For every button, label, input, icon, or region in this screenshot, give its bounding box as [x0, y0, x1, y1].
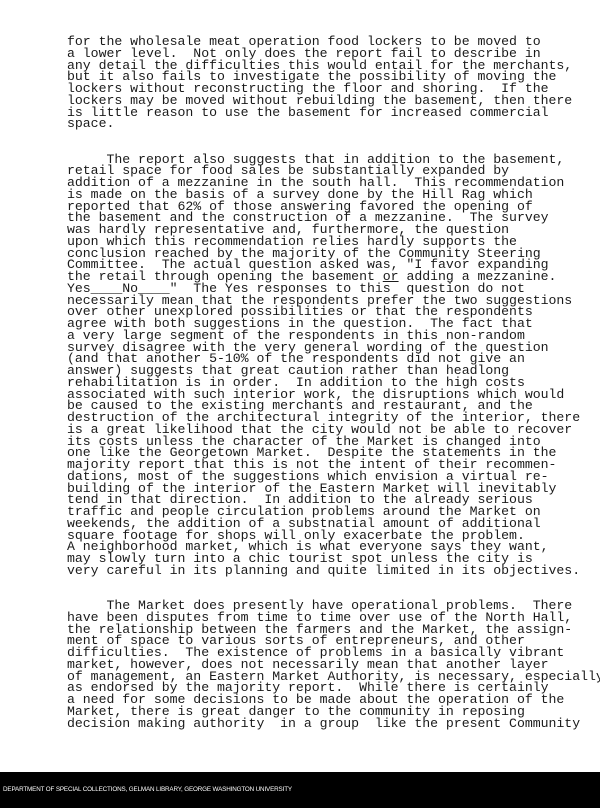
- typewritten-body: for the wholesale meat operation food lo…: [67, 36, 597, 753]
- text-line: decision making authority in a group lik…: [67, 718, 597, 730]
- archive-credit: DEPARTMENT OF SPECIAL COLLECTIONS, GELMA…: [3, 786, 292, 793]
- paragraph: The Market does presently have operation…: [67, 600, 597, 729]
- text-line: is little reason to use the basement for…: [67, 107, 597, 119]
- paragraph: The report also suggests that in additio…: [67, 154, 597, 577]
- document-page: for the wholesale meat operation food lo…: [0, 0, 600, 772]
- paragraph: for the wholesale meat operation food lo…: [67, 36, 597, 130]
- text-line: space.: [67, 118, 597, 130]
- text-line: very careful in its planning and quite l…: [67, 565, 597, 577]
- archive-footer: DEPARTMENT OF SPECIAL COLLECTIONS, GELMA…: [0, 772, 600, 808]
